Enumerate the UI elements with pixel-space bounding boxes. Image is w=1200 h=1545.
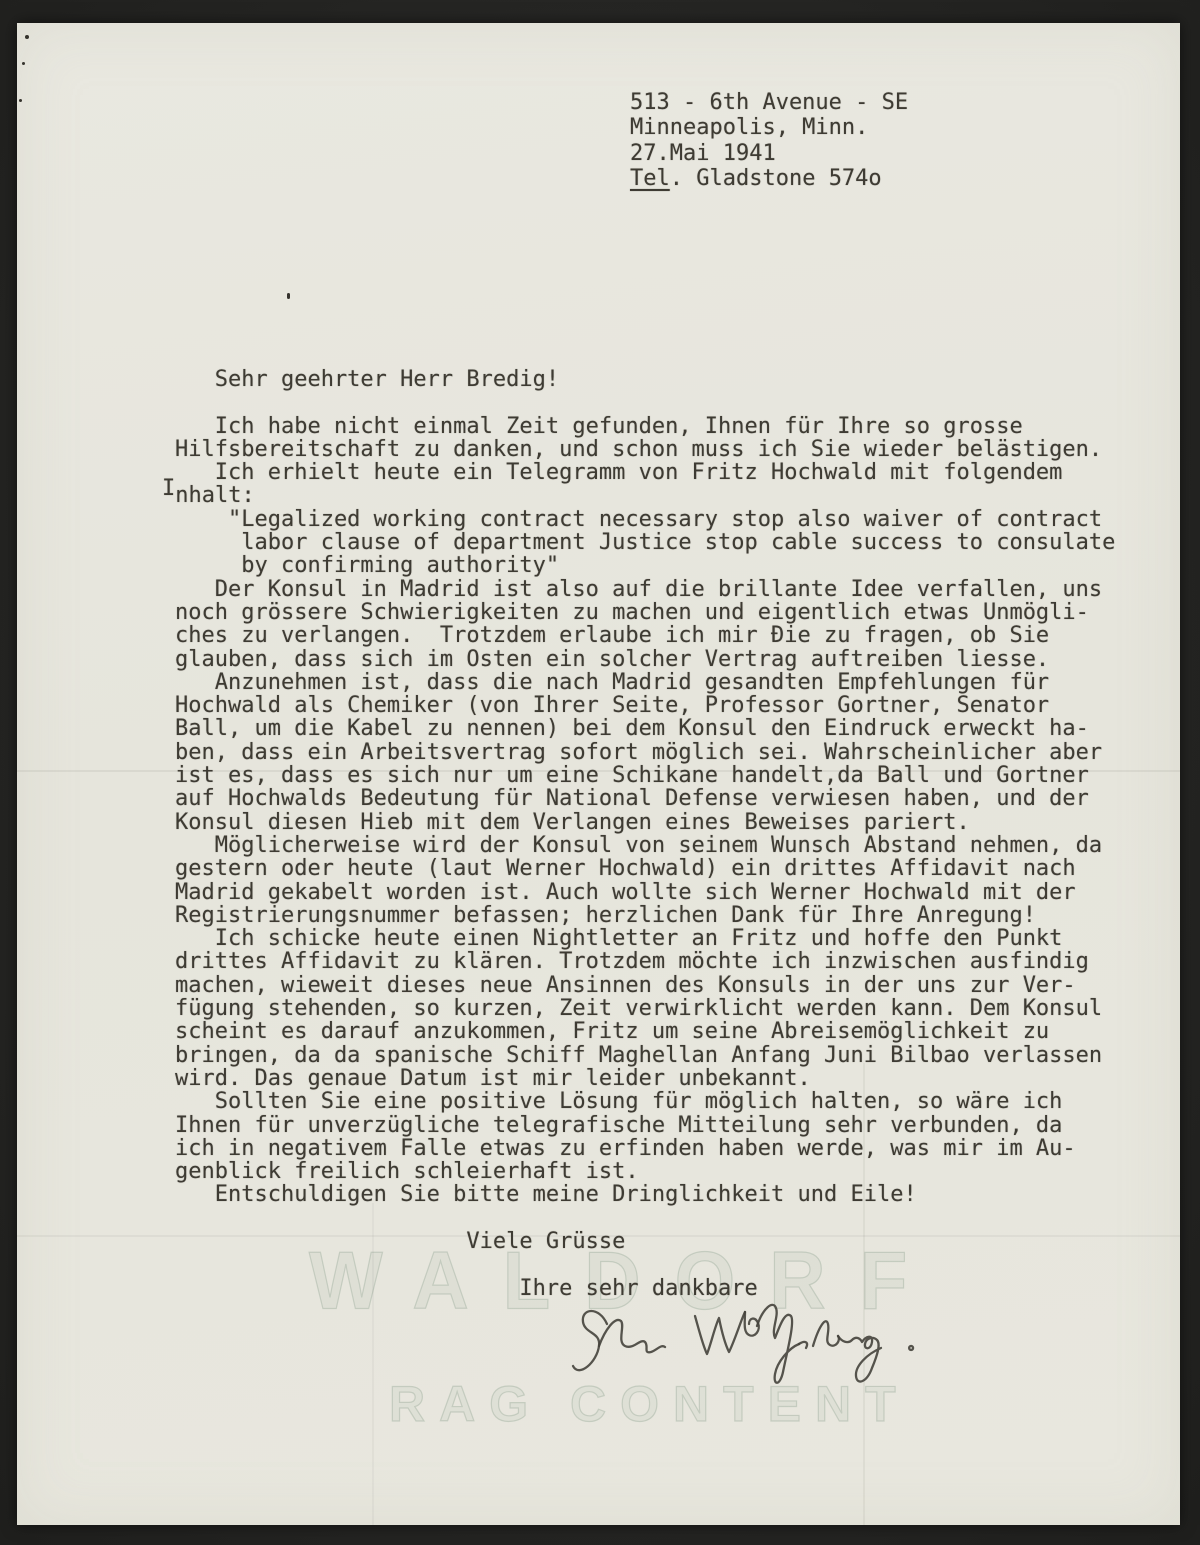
typed-line: Madrid gekabelt worden ist. Auch wollte … <box>175 881 1115 904</box>
typed-line: genblick freilich schleierhaft ist. <box>175 1160 1115 1183</box>
typed-line: Hochwald als Chemiker (von Ihrer Seite, … <box>175 694 1115 717</box>
typed-line: Anzunehmen ist, dass die nach Madrid ges… <box>175 671 1115 694</box>
letter-date: 27.Mai 1941 <box>630 142 908 167</box>
typed-line: Hilfsbereitschaft zu danken, und schon m… <box>175 438 1115 461</box>
typed-line: Ich habe nicht einmal Zeit gefunden, Ihn… <box>175 415 1115 438</box>
typed-line: ich in negativem Falle etwas zu erfinden… <box>175 1137 1115 1160</box>
typed-line: glauben, dass sich im Osten ein solcher … <box>175 648 1115 671</box>
inhalt-rest: nhalt: <box>175 483 254 508</box>
sender-address-line: 513 - 6th Avenue - SE <box>630 91 908 116</box>
typed-line: Konsul diesen Hieb mit dem Verlangen ein… <box>175 811 1115 834</box>
telegram-quote-line: "Legalized working contract necessary st… <box>175 508 1115 531</box>
tel-number: . Gladstone 574o <box>670 166 882 191</box>
typed-line: fügung stehenden, so kurzen, Zeit verwir… <box>175 997 1115 1020</box>
typed-line: Ball, um die Kabel zu nennen) bei dem Ko… <box>175 717 1115 740</box>
typed-line: wird. Das genaue Datum ist mir leider un… <box>175 1067 1115 1090</box>
blank-line <box>175 1253 1115 1276</box>
blank-line <box>175 391 1115 414</box>
paper-speck <box>19 99 22 102</box>
sender-city-line: Minneapolis, Minn. <box>630 116 908 141</box>
typed-line: ist es, dass es sich nur um eine Schikan… <box>175 764 1115 787</box>
typed-line: scheint es darauf anzukommen, Fritz um s… <box>175 1020 1115 1043</box>
telegram-quote-line: labor clause of department Justice stop … <box>175 531 1115 554</box>
raised-letter-i: I <box>162 476 175 501</box>
sender-block: 513 - 6th Avenue - SE Minneapolis, Minn.… <box>630 91 908 192</box>
handwritten-signature <box>545 1285 945 1425</box>
typed-line: Sollten Sie eine positive Lösung für mög… <box>175 1090 1115 1113</box>
typed-line: ben, dass ein Arbeitsvertrag sofort mögl… <box>175 741 1115 764</box>
paper-speck <box>22 62 25 65</box>
telegram-quote-line: by confirming authority" <box>175 554 1115 577</box>
typed-line: Möglicherweise wird der Konsul von seine… <box>175 834 1115 857</box>
typed-line: Ich schicke heute einen Nightletter an F… <box>175 927 1115 950</box>
typed-line: noch grössere Schwierigkeiten zu machen … <box>175 601 1115 624</box>
typed-line: Ich erhielt heute ein Telegramm von Frit… <box>175 461 1115 484</box>
typed-line: auf Hochwalds Bedeutung für National Def… <box>175 787 1115 810</box>
typed-line: bringen, da da spanische Schiff Maghella… <box>175 1044 1115 1067</box>
typed-line: ches zu verlangen. Trotzdem erlaube ich … <box>175 624 1115 647</box>
typed-line: Der Konsul in Madrid ist also auf die br… <box>175 578 1115 601</box>
sender-telephone-line: Tel. Gladstone 574o <box>630 167 908 192</box>
letter-body: Sehr geehrter Herr Bredig! Ich habe nich… <box>175 368 1115 1300</box>
blank-line <box>175 1207 1115 1230</box>
typed-line-inhalt: Inhalt: <box>175 484 1115 507</box>
tel-label-underlined: Tel <box>630 166 670 191</box>
paper-speck <box>25 35 29 39</box>
letter-page: WALDORF RAG CONTENT 513 - 6th Avenue - S… <box>17 23 1180 1525</box>
typed-line: Registrierungsnummer befassen; herzliche… <box>175 904 1115 927</box>
closing-viele-gruesse: Viele Grüsse <box>175 1230 1115 1253</box>
scanned-letter-scene: WALDORF RAG CONTENT 513 - 6th Avenue - S… <box>0 0 1200 1545</box>
paper-speck <box>287 293 290 299</box>
typed-line: Entschuldigen Sie bitte meine Dringlichk… <box>175 1183 1115 1206</box>
typed-line: Ihnen für unverzügliche telegrafische Mi… <box>175 1114 1115 1137</box>
typed-line: machen, wieweit dieses neue Ansinnen des… <box>175 974 1115 997</box>
salutation: Sehr geehrter Herr Bredig! <box>175 368 1115 391</box>
typed-line: drittes Affidavit zu klären. Trotzdem mö… <box>175 950 1115 973</box>
typed-line: gestern oder heute (laut Werner Hochwald… <box>175 857 1115 880</box>
